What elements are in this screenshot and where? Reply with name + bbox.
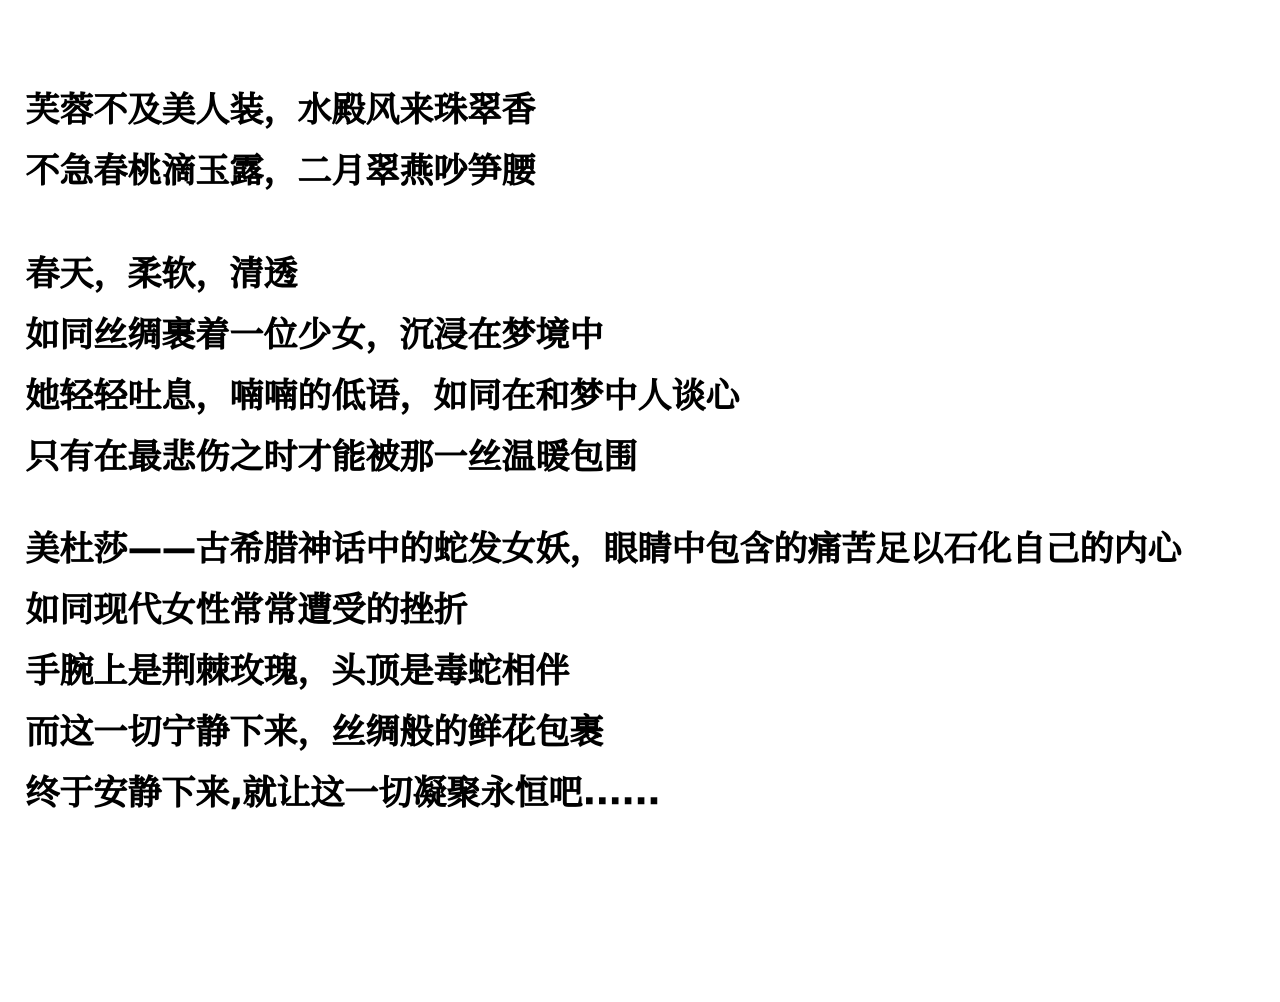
stanza-opening-couplet: 芙蓉不及美人装，水殿风来珠翠香 不急春桃滴玉露，二月翠燕吵笋腰 — [26, 80, 1270, 202]
stanza-spring: 春天，柔软，清透 如同丝绸裹着一位少女，沉浸在梦境中 她轻轻吐息，喃喃的低语，如… — [26, 244, 1270, 488]
poem-line: 不急春桃滴玉露，二月翠燕吵笋腰 — [26, 141, 1270, 202]
poem-line: 只有在最悲伤之时才能被那一丝温暖包围 — [26, 427, 1270, 488]
poem-page: 芙蓉不及美人装，水殿风来珠翠香 不急春桃滴玉露，二月翠燕吵笋腰 春天，柔软，清透… — [0, 0, 1280, 1002]
poem-line: 手腕上是荆棘玫瑰，头顶是毒蛇相伴 — [26, 641, 1270, 702]
poem-line: 终于安静下来,就让这一切凝聚永恒吧...... — [26, 763, 1270, 824]
poem-text-block: 芙蓉不及美人装，水殿风来珠翠香 不急春桃滴玉露，二月翠燕吵笋腰 春天，柔软，清透… — [26, 80, 1270, 824]
poem-line: 芙蓉不及美人装，水殿风来珠翠香 — [26, 80, 1270, 141]
poem-line: 如同丝绸裹着一位少女，沉浸在梦境中 — [26, 305, 1270, 366]
stanza-medusa: 美杜莎——古希腊神话中的蛇发女妖，眼睛中包含的痛苦足以石化自己的内心 如同现代女… — [26, 519, 1270, 824]
poem-line: 美杜莎——古希腊神话中的蛇发女妖，眼睛中包含的痛苦足以石化自己的内心 — [26, 519, 1270, 580]
poem-line: 春天，柔软，清透 — [26, 244, 1270, 305]
poem-line: 如同现代女性常常遭受的挫折 — [26, 580, 1270, 641]
poem-line: 她轻轻吐息，喃喃的低语，如同在和梦中人谈心 — [26, 366, 1270, 427]
poem-line: 而这一切宁静下来，丝绸般的鲜花包裹 — [26, 702, 1270, 763]
